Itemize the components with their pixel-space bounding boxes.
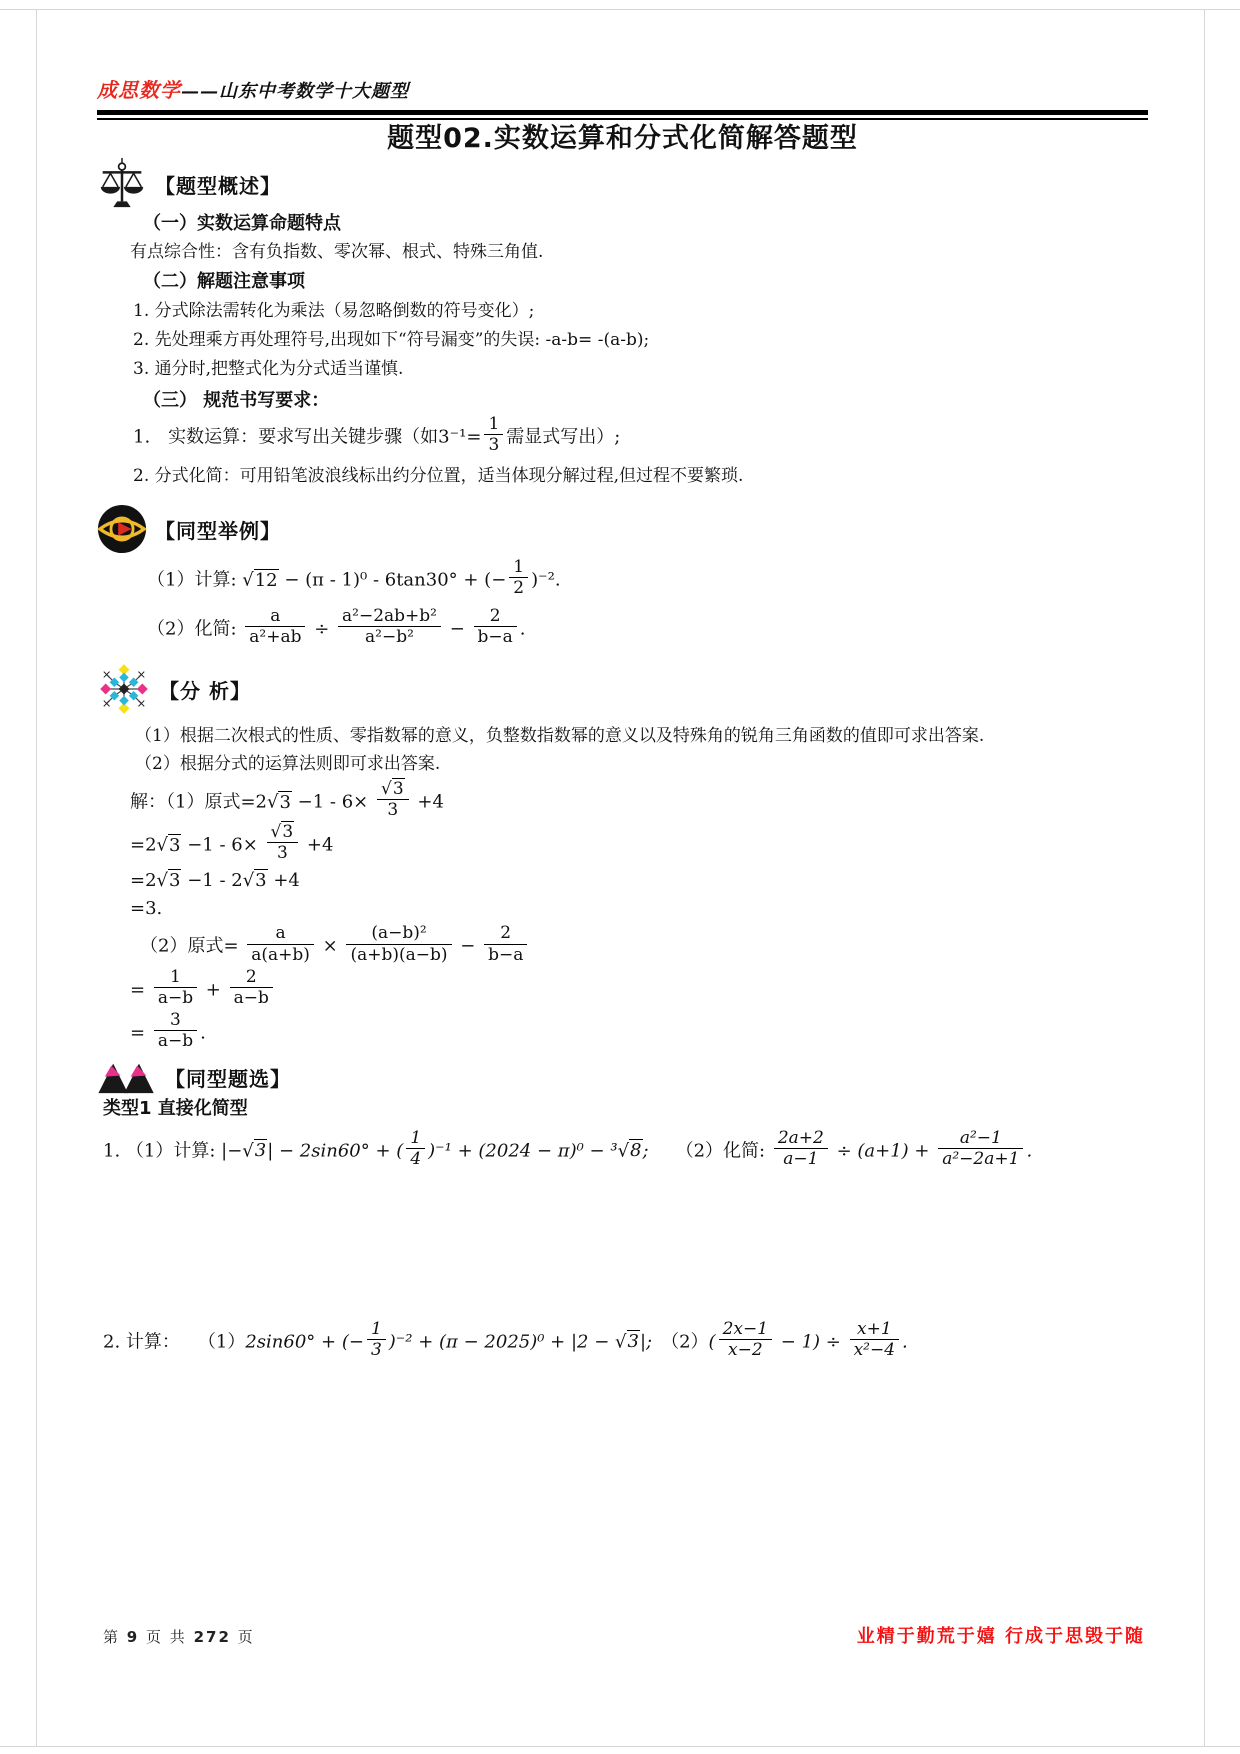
solution-line-4: =3. bbox=[130, 896, 1148, 922]
analysis-point-2: （2）根据分式的运算法则即可求出答案. bbox=[135, 752, 1148, 776]
overview-sub1-heading: （一）实数运算命题特点 bbox=[143, 212, 1148, 236]
worksheet-page: 成思数学——山东中考数学十大题型 题型02.实数运算和分式化简解答题型 【题型概 bbox=[0, 0, 1240, 1754]
page-number-current: 9 bbox=[127, 1628, 139, 1646]
analysis-heading-row: 【分 析】 bbox=[97, 662, 1148, 716]
page-header: 成思数学——山东中考数学十大题型 bbox=[97, 78, 1148, 102]
problems-section-label: 【同型题选】 bbox=[165, 1063, 291, 1092]
analysis-point-1: （1）根据二次根式的性质、零指数幂的意义，负整数指数幂的意义以及特殊角的锐角三角… bbox=[135, 724, 1148, 748]
solution-line-1: 解：（1）原式=2√3 −1 - 6× √33 +4 bbox=[130, 782, 1148, 823]
brand-subtitle: ——山东中考数学十大题型 bbox=[181, 81, 409, 102]
mountains-icon bbox=[97, 1060, 157, 1095]
document-title: 题型02.实数运算和分式化简解答题型 bbox=[97, 122, 1148, 156]
overview-note-2: 2. 先处理乘方再处理符号,出现如下“符号漏变”的失误: -a-b= -(a-b… bbox=[133, 328, 1148, 352]
page-number-total: 272 bbox=[194, 1628, 231, 1646]
balance-scale-icon bbox=[97, 156, 147, 212]
overview-section-label: 【题型概述】 bbox=[155, 170, 281, 199]
section-overview: 【题型概述】 （一）实数运算命题特点 有点综合性：含有负指数、零次幂、根式、特殊… bbox=[97, 156, 1148, 488]
overview-sub1-body: 有点综合性：含有负指数、零次幂、根式、特殊三角值. bbox=[130, 240, 1148, 264]
problem-1: 1. （1）计算: |−√3| − 2sin60° + (14)⁻¹ + (20… bbox=[103, 1131, 1148, 1172]
page-number-mid: 页 共 bbox=[146, 1628, 187, 1646]
footer-motto: 业精于勤荒于嬉 行成于思毁于随 bbox=[857, 1622, 1145, 1648]
workspace-blank bbox=[97, 1172, 1148, 1322]
problem-2: 2. 计算： （1）2sin60° + (−13)⁻² + (π − 2025)… bbox=[103, 1322, 1148, 1363]
page-border-bottom bbox=[0, 1746, 1240, 1747]
solution-line-7: = 3a−b. bbox=[130, 1013, 1148, 1054]
problem-type-1-heading: 类型1 直接化简型 bbox=[103, 1097, 1148, 1121]
examples-heading-row: 【同型举例】 bbox=[97, 504, 1148, 554]
page-footer: 第 9 页 共 272 页 业精于勤荒于嬉 行成于思毁于随 bbox=[103, 1622, 1145, 1648]
eye-play-icon bbox=[97, 504, 147, 554]
header-rule-thick bbox=[97, 110, 1148, 115]
overview-note-1: 1. 分式除法需转化为乘法（易忽略倒数的符号变化）; bbox=[133, 299, 1148, 323]
page-number: 第 9 页 共 272 页 bbox=[103, 1626, 255, 1647]
example-1-formula: （1）计算: √12 − (π - 1)⁰ - 6tan30° + (−12)⁻… bbox=[147, 560, 1148, 601]
overview-sub3-heading: （三） 规范书写要求： bbox=[143, 389, 1148, 413]
solution-line-6: = 1a−b + 2a−b bbox=[130, 970, 1148, 1011]
example-2-formula: （2）化简: aa²+ab ÷ a²−2ab+b²a²−b² − 2b−a. bbox=[147, 609, 1148, 650]
page-border-top bbox=[0, 9, 1240, 10]
overview-note-3: 3. 通分时,把整式化为分式适当谨慎. bbox=[133, 357, 1148, 381]
section-analysis: 【分 析】 （1）根据二次根式的性质、零指数幂的意义，负整数指数幂的意义以及特殊… bbox=[97, 662, 1148, 1053]
overview-requirement-1: 1. 实数运算：要求写出关键步骤（如3⁻¹=13需显式写出）; bbox=[133, 417, 1148, 458]
analysis-section-label: 【分 析】 bbox=[159, 675, 251, 704]
overview-sub2-heading: （二）解题注意事项 bbox=[143, 270, 1148, 294]
solution-line-3: =2√3 −1 - 2√3 +4 bbox=[130, 868, 1148, 894]
solution-line-2: =2√3 −1 - 6× √33 +4 bbox=[130, 825, 1148, 866]
solution-line-5: （2）原式= aa(a+b) × (a−b)²(a+b)(a−b) − 2b−a bbox=[140, 926, 1148, 967]
overview-requirement-2: 2. 分式化简：可用铅笔波浪线标出约分位置，适当体现分解过程,但过程不要繁琐. bbox=[133, 464, 1148, 488]
page-number-pre: 第 bbox=[103, 1628, 120, 1646]
brand-logo-text: 成思数学 bbox=[97, 78, 181, 102]
molecule-icon bbox=[97, 662, 151, 716]
problems-heading-row: 【同型题选】 bbox=[97, 1060, 1148, 1095]
section-problems: 【同型题选】 类型1 直接化简型 1. （1）计算: |−√3| − 2sin6… bbox=[97, 1060, 1148, 1363]
examples-section-label: 【同型举例】 bbox=[155, 515, 281, 544]
page-number-suf: 页 bbox=[238, 1628, 255, 1646]
overview-heading-row: 【题型概述】 bbox=[97, 156, 1148, 212]
page-border-left bbox=[36, 9, 37, 1746]
page-border-right bbox=[1204, 9, 1205, 1746]
header-rule-thin bbox=[97, 118, 1148, 120]
section-examples: 【同型举例】 （1）计算: √12 − (π - 1)⁰ - 6tan30° +… bbox=[97, 504, 1148, 650]
